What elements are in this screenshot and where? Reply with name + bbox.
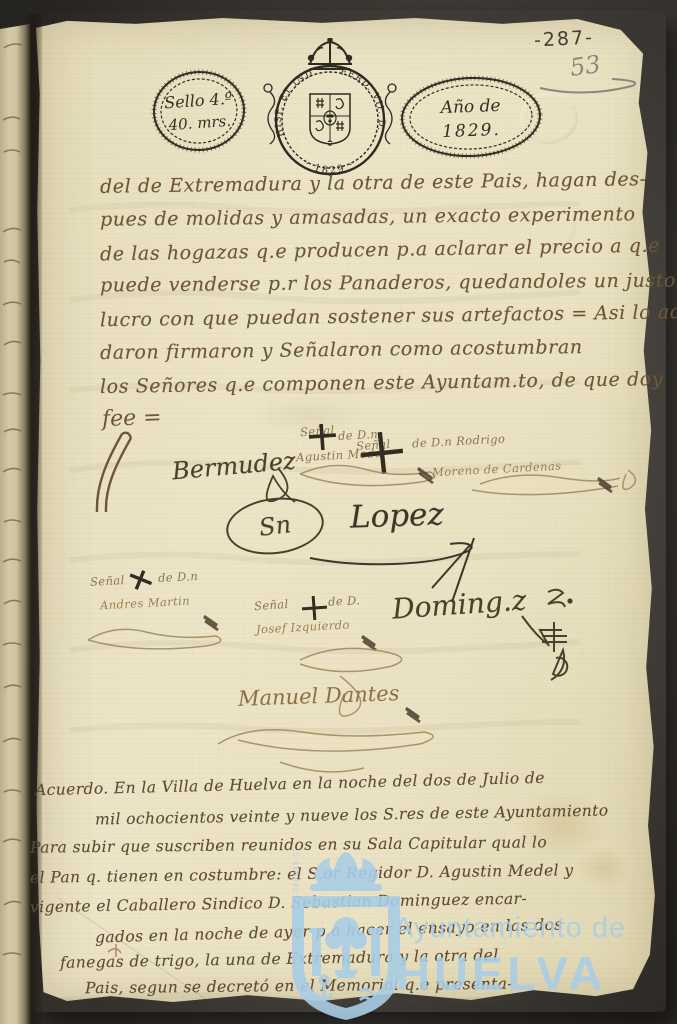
- ink-flourishes-layer: [0, 0, 677, 1024]
- signature-cross-marks: [126, 423, 405, 621]
- lopez-flourish: [310, 538, 474, 602]
- ink-blots: [204, 468, 612, 722]
- pencil-flourish: [540, 79, 635, 93]
- show-through-ghost-lines: [60, 204, 580, 1001]
- dominguez-rubric: [522, 590, 572, 680]
- paper-crease: [58, 898, 210, 1002]
- signature-flourishes-row2: [88, 629, 433, 772]
- red-pencil-mark: [108, 944, 121, 957]
- edge-text-fragments: [3, 44, 22, 955]
- bermudez-rubric: [267, 468, 295, 502]
- paraph-mark: [97, 433, 131, 512]
- document-photo: Sello 4.º 40. mrs. HISP. ET IND. R. FERD…: [0, 0, 677, 1024]
